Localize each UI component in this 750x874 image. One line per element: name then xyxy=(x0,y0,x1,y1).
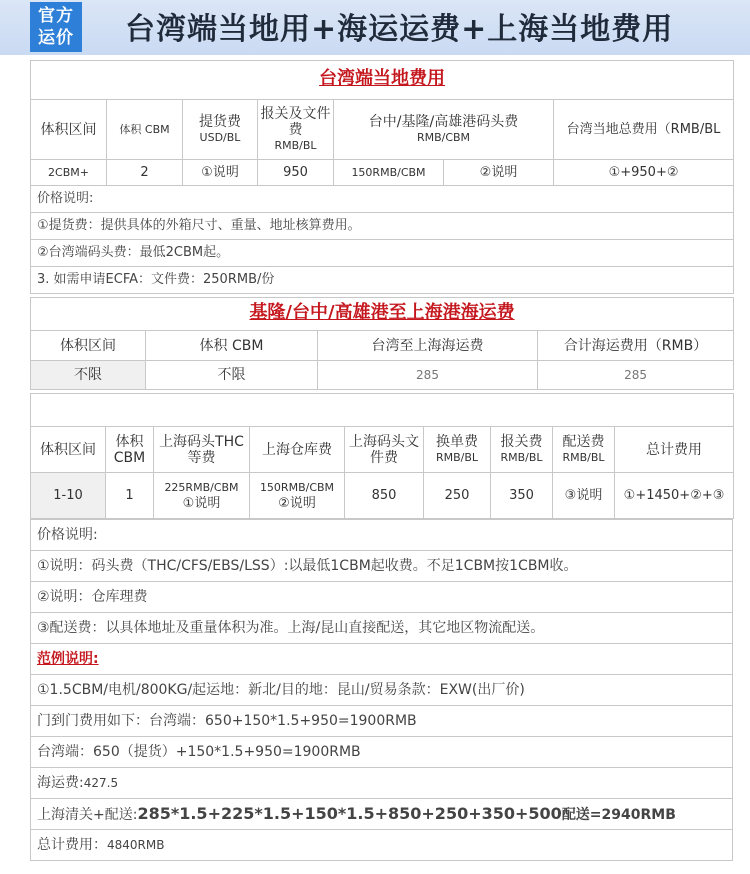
cell-doc-fee: 850 xyxy=(345,473,424,519)
badge-line-1: 官方 xyxy=(30,5,82,27)
header-volume-range: 体积区间 xyxy=(31,427,106,473)
header-banner: 官方 运价 台湾端当地用+海运运费+上海当地费用 xyxy=(0,0,750,55)
header-customs-doc-fee: 报关及文件费 RMB/BL xyxy=(258,100,334,160)
cell-total: ①+1450+②+③ xyxy=(615,473,734,519)
taiwan-local-title: 台湾端当地费用 xyxy=(319,68,445,89)
example-table: 范例说明: ①1.5CBM/电机/800KG/起运地：新北/目的地：昆山/贸易条… xyxy=(30,643,733,861)
header-ocean-rate: 台湾至上海海运费 xyxy=(318,331,538,361)
table-header-row: 体积区间 体积 CBM 提货费 USD/BL 报关及文件费 RMB/BL 台中/… xyxy=(31,100,734,160)
header-customs-fee: 报关费 RMB/BL xyxy=(491,427,553,473)
ocean-freight-table: 基隆/台中/高雄港至上海港海运费 体积区间 体积 CBM 台湾至上海海运费 合计… xyxy=(30,297,734,390)
example-title-cell: 范例说明: xyxy=(31,644,733,675)
cell-delivery-fee: ③说明 xyxy=(553,473,615,519)
cell-volume-cbm: 1 xyxy=(106,473,154,519)
cell-exchange-fee: 250 xyxy=(424,473,491,519)
taiwan-local-table: 台湾端当地费用 体积区间 体积 CBM 提货费 USD/BL 报关及文件费 RM… xyxy=(30,60,734,294)
note-row: ②说明：仓库理费 xyxy=(31,582,733,613)
cell-customs-doc-fee: 950 xyxy=(258,160,334,186)
cell-terminal-rate: 150RMB/CBM xyxy=(334,160,444,186)
cell-thc: 225RMB/CBM ①说明 xyxy=(154,473,250,519)
header-warehouse: 上海仓库费 xyxy=(250,427,345,473)
header-doc-fee: 上海码头文件费 xyxy=(345,427,424,473)
badge-line-2: 运价 xyxy=(30,27,82,49)
official-rate-badge: 官方 运价 xyxy=(30,2,82,52)
table-header-row: 体积区间 体积 CBM 台湾至上海海运费 合计海运费用（RMB） xyxy=(31,331,734,361)
cell-volume-range: 不限 xyxy=(31,361,146,390)
taiwan-local-title-cell: 台湾端当地费用 xyxy=(31,61,734,100)
shanghai-local-section: 体积区间 体积CBM 上海码头THC等费 上海仓库费 上海码头文件费 换单费 R… xyxy=(30,393,733,519)
example-line: 台湾端：650（提货）+150*1.5+950=1900RMB xyxy=(31,737,733,768)
example-line: ①1.5CBM/电机/800KG/起运地：新北/目的地：昆山/贸易条款：EXW(… xyxy=(31,675,733,706)
cell-pickup-fee: ①说明 xyxy=(183,160,258,186)
cell-volume-cbm: 不限 xyxy=(146,361,318,390)
page-title: 台湾端当地用+海运运费+上海当地费用 xyxy=(125,4,673,48)
note-row: 3. 如需申请ECFA：文件费：250RMB/份 xyxy=(31,267,734,294)
header-ocean-total: 合计海运费用（RMB） xyxy=(538,331,734,361)
header-volume-range: 体积区间 xyxy=(31,331,146,361)
note-row: ①说明：码头费（THC/CFS/EBS/LSS）:以最低1CBM起收费。不足1C… xyxy=(31,551,733,582)
table-row: 1-10 1 225RMB/CBM ①说明 150RMB/CBM ②说明 850… xyxy=(31,473,734,519)
cell-ocean-total: 285 xyxy=(538,361,734,390)
table-row: 不限 不限 285 285 xyxy=(31,361,734,390)
header-volume-cbm: 体积 CBM xyxy=(107,100,183,160)
header-taiwan-total: 台湾当地总费用（RMB/BL xyxy=(554,100,734,160)
header-volume-cbm: 体积 CBM xyxy=(146,331,318,361)
shanghai-notes-table: 价格说明: ①说明：码头费（THC/CFS/EBS/LSS）:以最低1CBM起收… xyxy=(30,519,733,644)
shanghai-notes-section: 价格说明: ①说明：码头费（THC/CFS/EBS/LSS）:以最低1CBM起收… xyxy=(30,519,733,644)
ocean-freight-title: 基隆/台中/高雄港至上海港海运费 xyxy=(249,302,514,323)
ocean-freight-section: 基隆/台中/高雄港至上海港海运费 体积区间 体积 CBM 台湾至上海海运费 合计… xyxy=(30,297,733,390)
cell-volume-range: 2CBM+ xyxy=(31,160,107,186)
header-exchange-fee: 换单费 RMB/BL xyxy=(424,427,491,473)
ocean-freight-title-cell: 基隆/台中/高雄港至上海港海运费 xyxy=(31,298,734,331)
note-row: ③配送费：以具体地址及重量体积为准。上海/昆山直接配送，其它地区物流配送。 xyxy=(31,613,733,644)
cell-taiwan-total: ①+950+② xyxy=(554,160,734,186)
cell-volume-cbm: 2 xyxy=(107,160,183,186)
table-row: 2CBM+ 2 ①说明 950 150RMB/CBM ②说明 ①+950+② xyxy=(31,160,734,186)
header-volume-range: 体积区间 xyxy=(31,100,107,160)
example-ocean-line: 海运费:427.5 xyxy=(31,768,733,799)
header-pickup-fee: 提货费 USD/BL xyxy=(183,100,258,160)
note-row: 价格说明: xyxy=(31,186,734,213)
header-thc: 上海码头THC等费 xyxy=(154,427,250,473)
example-section: 范例说明: ①1.5CBM/电机/800KG/起运地：新北/目的地：昆山/贸易条… xyxy=(30,643,733,861)
example-total-line: 总计费用：4840RMB xyxy=(31,830,733,861)
header-delivery-fee: 配送费 RMB/BL xyxy=(553,427,615,473)
note-row: ①提货费：提供具体的外箱尺寸、重量、地址核算费用。 xyxy=(31,213,734,240)
cell-terminal-note: ②说明 xyxy=(444,160,554,186)
note-row: ②台湾端码头费：最低2CBM起。 xyxy=(31,240,734,267)
shanghai-local-table: 体积区间 体积CBM 上海码头THC等费 上海仓库费 上海码头文件费 换单费 R… xyxy=(30,393,734,519)
example-title: 范例说明: xyxy=(37,651,99,667)
cell-ocean-rate: 285 xyxy=(318,361,538,390)
header-volume-cbm: 体积CBM xyxy=(106,427,154,473)
cell-customs-fee: 350 xyxy=(491,473,553,519)
example-line: 门到门费用如下：台湾端：650+150*1.5+950=1900RMB xyxy=(31,706,733,737)
cell-volume-range: 1-10 xyxy=(31,473,106,519)
example-shanghai-line: 上海清关+配送:285*1.5+225*1.5+150*1.5+850+250+… xyxy=(31,799,733,830)
header-total: 总计费用 xyxy=(615,427,734,473)
blank-row xyxy=(31,394,734,427)
note-row: 价格说明: xyxy=(31,520,733,551)
cell-warehouse: 150RMB/CBM ②说明 xyxy=(250,473,345,519)
table-header-row: 体积区间 体积CBM 上海码头THC等费 上海仓库费 上海码头文件费 换单费 R… xyxy=(31,427,734,473)
taiwan-local-section: 台湾端当地费用 体积区间 体积 CBM 提货费 USD/BL 报关及文件费 RM… xyxy=(30,60,733,294)
header-terminal-fee: 台中/基隆/高雄港码头费 RMB/CBM xyxy=(334,100,554,160)
